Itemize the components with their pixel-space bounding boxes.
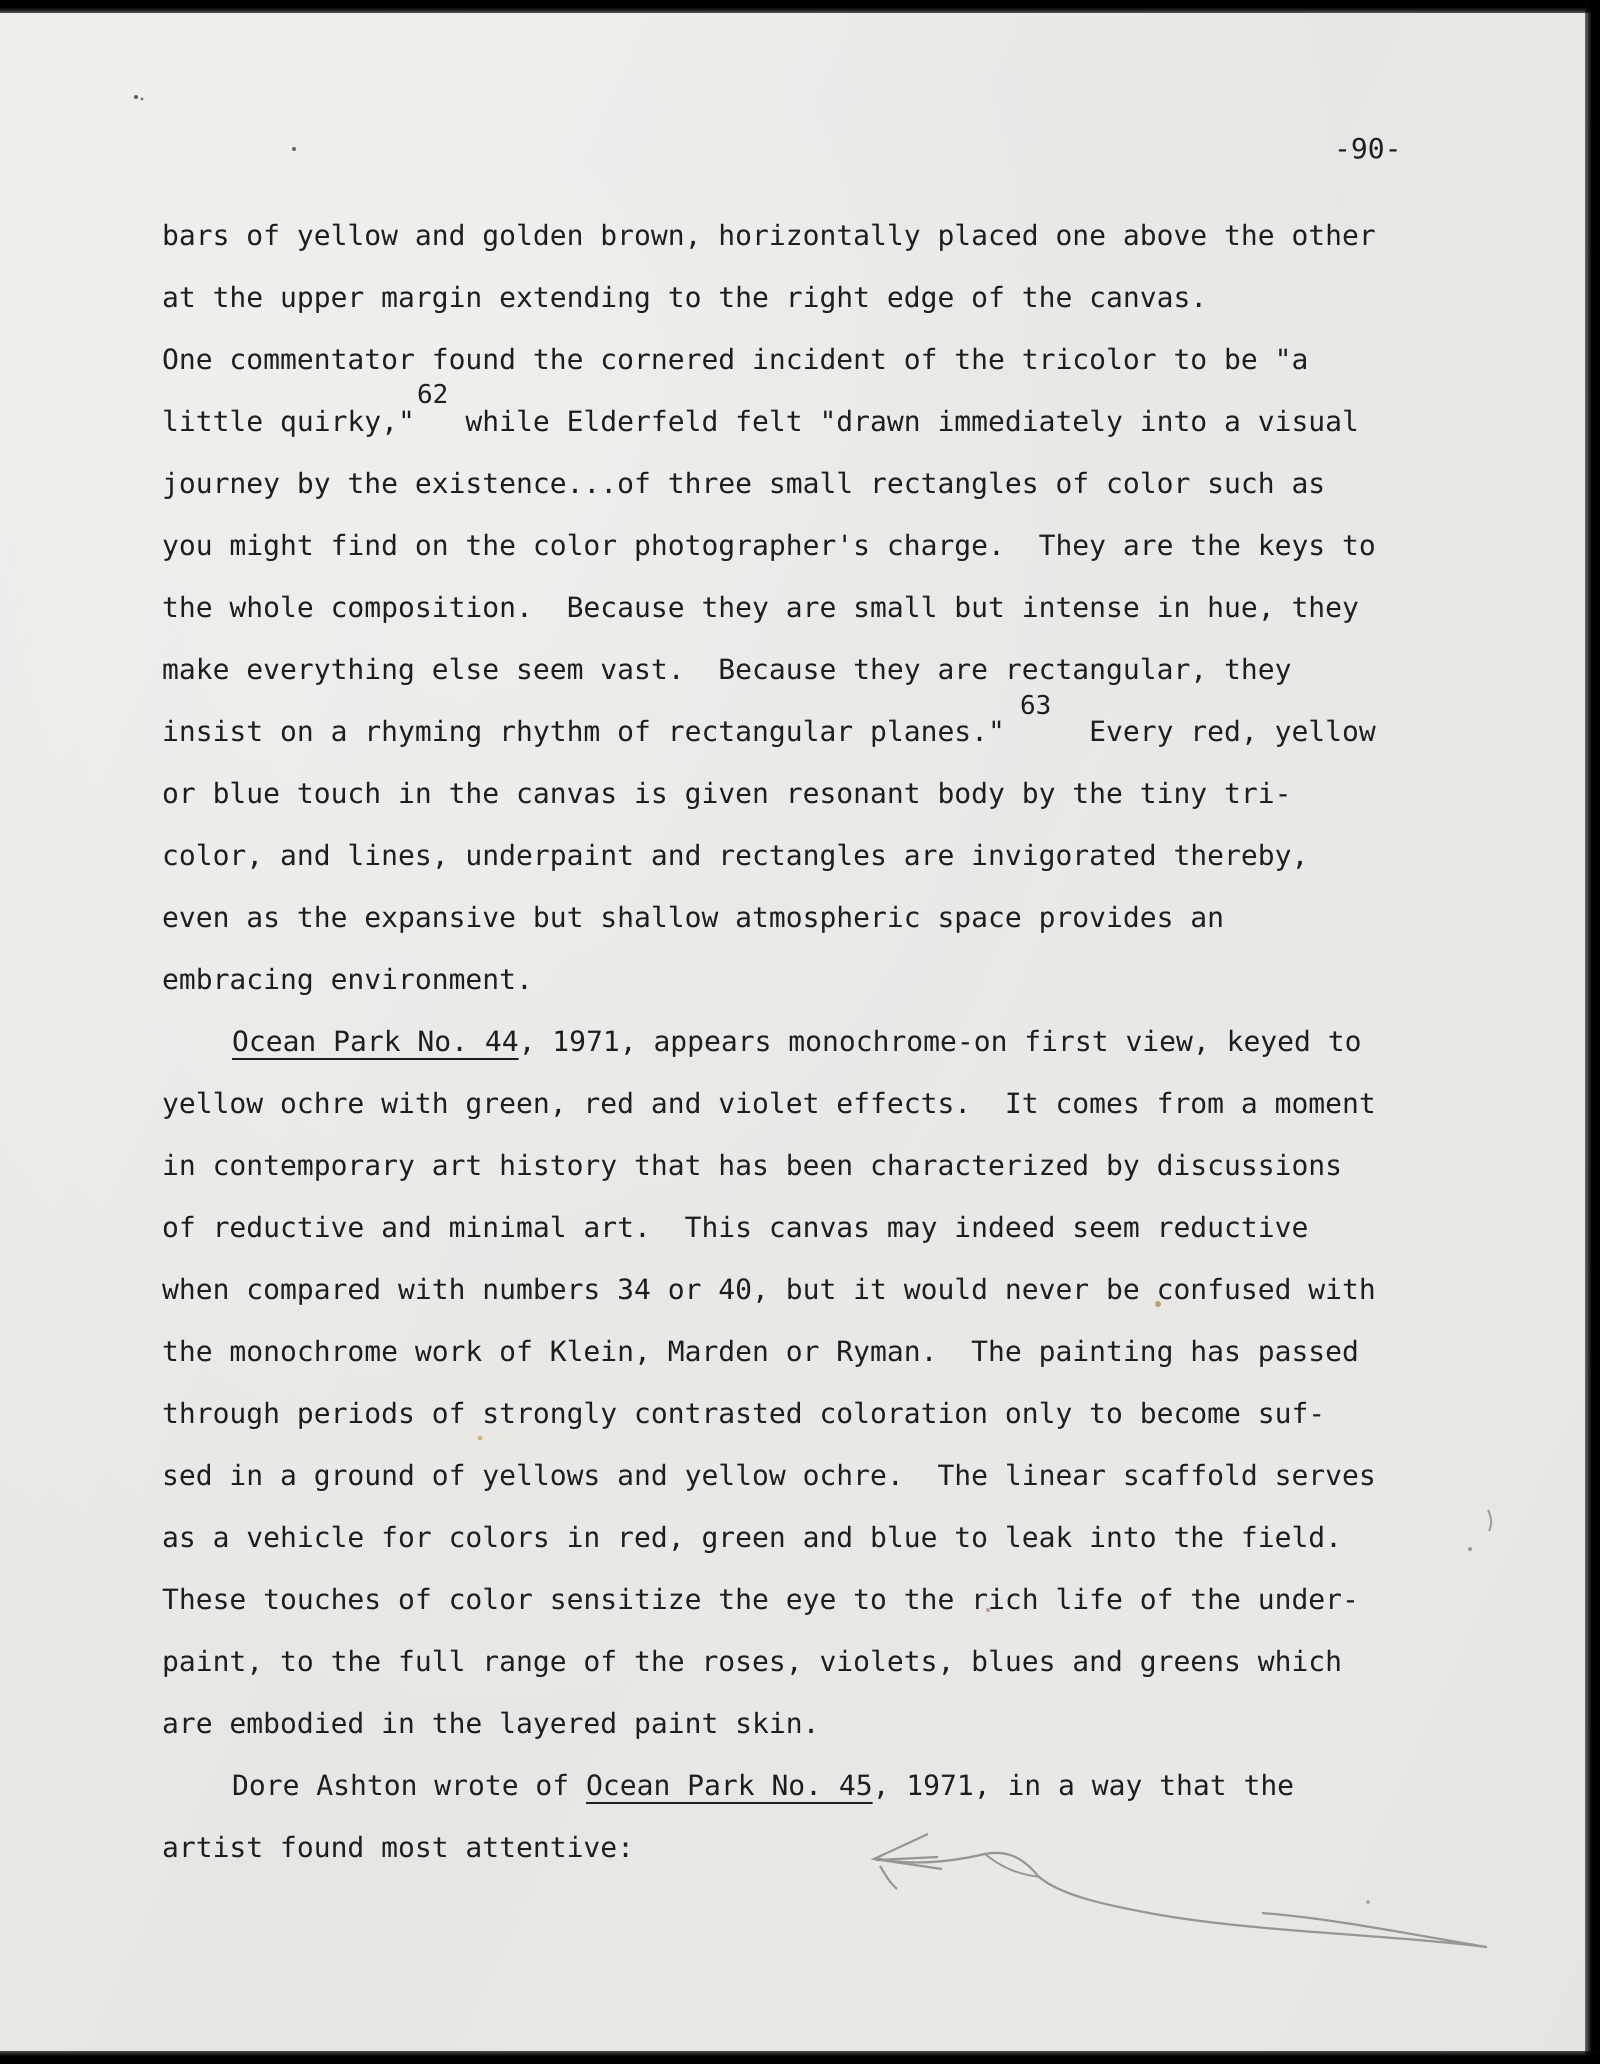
scan-border-bottom xyxy=(0,2051,1600,2064)
typescript-line: the monochrome work of Klein, Marden or … xyxy=(162,1337,1359,1367)
scan-border-right xyxy=(1585,0,1600,2064)
page-number: -90- xyxy=(1334,134,1401,164)
line-text: Dore Ashton wrote of xyxy=(232,1769,586,1802)
typescript-line: One commentator found the cornered incid… xyxy=(162,345,1308,375)
typescript-line: at the upper margin extending to the rig… xyxy=(162,283,1207,313)
typescript-page-scan: -90- bars of yellow and golden brown, ho… xyxy=(0,0,1600,2064)
typescript-line: embracing environment. xyxy=(162,965,533,995)
typescript-line: the whole composition. Because they are … xyxy=(162,593,1359,623)
typescript-line: in contemporary art history that has bee… xyxy=(162,1151,1342,1181)
line-text: , 1971, in a way that the xyxy=(873,1769,1294,1802)
typescript-line: artist found most attentive: xyxy=(162,1833,634,1863)
typescript-line: make everything else seem vast. Because … xyxy=(162,655,1291,685)
typescript-line: even as the expansive but shallow atmosp… xyxy=(162,903,1224,933)
typescript-line: as a vehicle for colors in red, green an… xyxy=(162,1523,1342,1553)
underlined-title-ocean-park-44: Ocean Park No. 44 xyxy=(232,1025,519,1058)
typescript-line: or blue touch in the canvas is given res… xyxy=(162,779,1291,809)
typescript-line: Ocean Park No. 44, 1971, appears monochr… xyxy=(232,1027,1361,1057)
typescript-line: when compared with numbers 34 or 40, but… xyxy=(162,1275,1376,1305)
typescript-line: color, and lines, underpaint and rectang… xyxy=(162,841,1308,871)
typescript-line: sed in a ground of yellows and yellow oc… xyxy=(162,1461,1376,1491)
typescript-line: bars of yellow and golden brown, horizon… xyxy=(162,221,1376,251)
pencil-arrow-annotation xyxy=(874,1834,1487,1947)
typescript-line: insist on a rhyming rhythm of rectangula… xyxy=(162,717,1376,747)
typescript-line: paint, to the full range of the roses, v… xyxy=(162,1647,1342,1677)
typescript-line: These touches of color sensitize the eye… xyxy=(162,1585,1359,1615)
typescript-line: of reductive and minimal art. This canva… xyxy=(162,1213,1308,1243)
typescript-line: little quirky," while Elderfeld felt "dr… xyxy=(162,407,1359,437)
pencil-tick-mark xyxy=(1488,1510,1491,1531)
typescript-line: you might find on the color photographer… xyxy=(162,531,1376,561)
underlined-title-ocean-park-45: Ocean Park No. 45 xyxy=(586,1769,873,1802)
typescript-line: Dore Ashton wrote of Ocean Park No. 45, … xyxy=(232,1771,1294,1801)
typescript-line: are embodied in the layered paint skin. xyxy=(162,1709,819,1739)
typescript-line: through periods of strongly contrasted c… xyxy=(162,1399,1325,1429)
scan-border-top xyxy=(0,0,1600,13)
line-text: , 1971, appears monochrome-on first view… xyxy=(519,1025,1362,1058)
typescript-line: journey by the existence...of three smal… xyxy=(162,469,1325,499)
typescript-line: yellow ochre with green, red and violet … xyxy=(162,1089,1376,1119)
